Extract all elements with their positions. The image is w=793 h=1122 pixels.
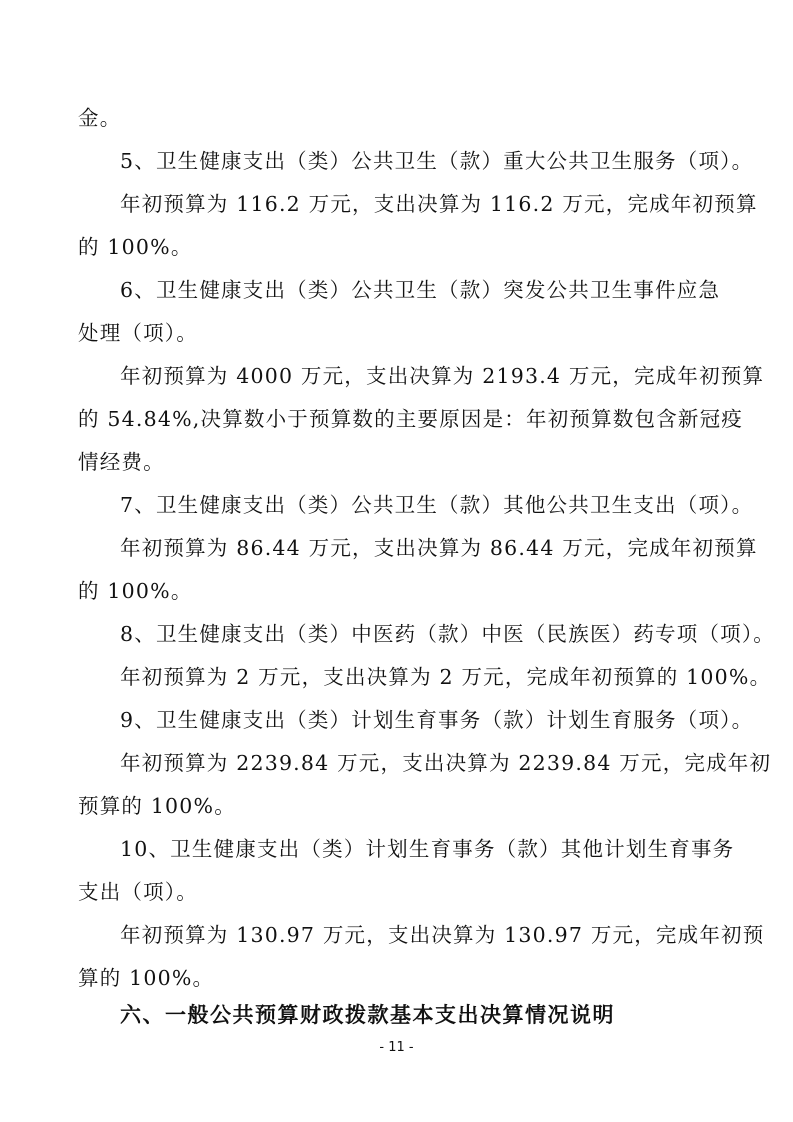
item-7-body-cont: 的 100%。 — [78, 579, 718, 603]
item-9-body: 年初预算为 2239.84 万元，支出决算为 2239.84 万元，完成年初 — [120, 751, 760, 775]
item-6-title-cont: 处理（项）。 — [78, 321, 718, 345]
item-8-body: 年初预算为 2 万元，支出决算为 2 万元，完成年初预算的 100%。 — [120, 665, 760, 689]
item-6-title: 6、卫生健康支出（类）公共卫生（款）突发公共卫生事件应急 — [120, 278, 760, 302]
item-5-body: 年初预算为 116.2 万元，支出决算为 116.2 万元，完成年初预算 — [120, 192, 760, 216]
paragraph-line: 金。 — [78, 106, 718, 130]
item-6-body: 年初预算为 4000 万元，支出决算为 2193.4 万元，完成年初预算 — [120, 364, 760, 388]
item-7-title: 7、卫生健康支出（类）公共卫生（款）其他公共卫生支出（项）。 — [120, 493, 760, 517]
item-10-title-cont: 支出（项）。 — [78, 880, 718, 904]
item-5-title: 5、卫生健康支出（类）公共卫生（款）重大公共卫生服务（项）。 — [120, 149, 760, 173]
item-10-body-cont: 算的 100%。 — [78, 966, 718, 990]
item-6-body-cont2: 情经费。 — [78, 450, 718, 474]
item-9-body-cont: 预算的 100%。 — [78, 794, 718, 818]
item-6-body-cont: 的 54.84%,决算数小于预算数的主要原因是：年初预算数包含新冠疫 — [78, 407, 718, 431]
page-number: - 11 - — [0, 1040, 793, 1055]
section-heading: 六、一般公共预算财政拨款基本支出决算情况说明 — [120, 1003, 760, 1027]
item-5-body-cont: 的 100%。 — [78, 235, 718, 259]
item-8-title: 8、卫生健康支出（类）中医药（款）中医（民族医）药专项（项）。 — [120, 622, 760, 646]
document-page: 金。 5、卫生健康支出（类）公共卫生（款）重大公共卫生服务（项）。 年初预算为 … — [0, 0, 793, 1122]
item-9-title: 9、卫生健康支出（类）计划生育事务（款）计划生育服务（项）。 — [120, 708, 760, 732]
item-10-body: 年初预算为 130.97 万元，支出决算为 130.97 万元，完成年初预 — [120, 923, 760, 947]
item-7-body: 年初预算为 86.44 万元，支出决算为 86.44 万元，完成年初预算 — [120, 536, 760, 560]
item-10-title: 10、卫生健康支出（类）计划生育事务（款）其他计划生育事务 — [120, 837, 760, 861]
